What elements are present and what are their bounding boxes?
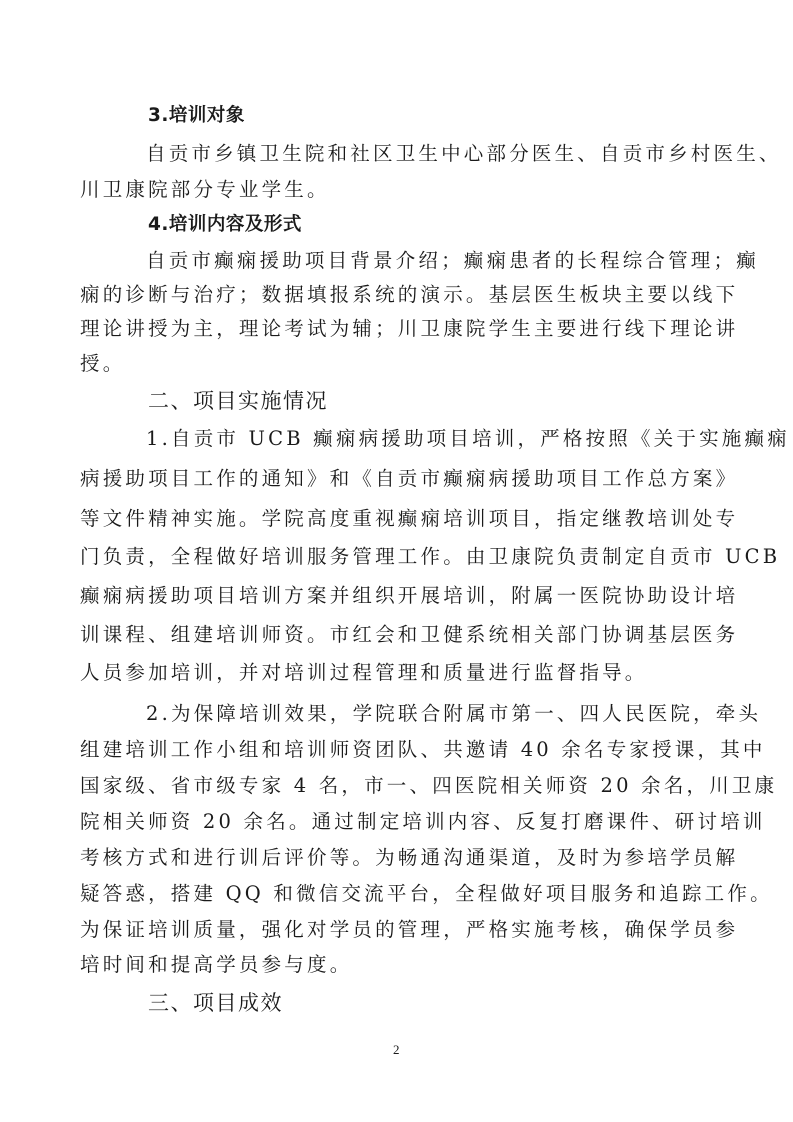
section-heading-training-targets: 3.培训对象	[148, 104, 245, 128]
paragraph-line: 人员参加培训，并对培训过程管理和质量进行监督指导。	[80, 661, 648, 685]
paragraph-line: 疑答惑，搭建 QQ 和微信交流平台，全程做好项目服务和追踪工作。	[80, 882, 773, 906]
paragraph-line: 门负责，全程做好培训服务管理工作。由卫康院负责制定自贡市 UCB	[80, 545, 780, 569]
paragraph-line: 2.为保障培训效果，学院联合附属市第一、四人民医院，牵头	[146, 702, 761, 726]
paragraph-line: 1.自贡市 UCB 癫痫病援助项目培训，严格按照《关于实施癫痫	[146, 427, 790, 451]
paragraph-line: 训课程、组建培训师资。市红会和卫健系统相关部门协调基层医务	[80, 623, 738, 647]
chapter-heading-results: 三、项目成效	[148, 990, 283, 1016]
paragraph-line: 授。	[80, 352, 125, 376]
paragraph-line: 理论讲授为主，理论考试为辅；川卫康院学生主要进行线下理论讲	[80, 317, 738, 341]
paragraph-line: 为保证培训质量，强化对学员的管理，严格实施考核，确保学员参	[80, 918, 738, 942]
paragraph-line: 组建培训工作小组和培训师资团队、共邀请 40 余名专家授课，其中	[80, 738, 766, 762]
paragraph-line: 等文件精神实施。学院高度重视癫痫培训项目，指定继教培训处专	[80, 507, 738, 531]
paragraph-line: 自贡市乡镇卫生院和社区卫生中心部分医生、自贡市乡村医生、	[146, 142, 782, 166]
paragraph-line: 川卫康院部分专业学生。	[80, 178, 330, 202]
chapter-heading-implementation: 二、项目实施情况	[148, 388, 328, 414]
paragraph-line: 院相关师资 20 余名。通过制定培训内容、反复打磨课件、研讨培训	[80, 810, 766, 834]
paragraph-line: 痫的诊断与治疗；数据填报系统的演示。基层医生板块主要以线下	[80, 283, 738, 307]
paragraph-line: 病援助项目工作的通知》和《自贡市癫痫病援助项目工作总方案》	[80, 467, 738, 491]
paragraph-line: 国家级、省市级专家 4 名，市一、四医院相关师资 20 余名，川卫康	[80, 774, 777, 798]
paragraph-line: 癫痫病援助项目培训方案并组织开展培训，附属一医院协助设计培	[80, 584, 738, 608]
paragraph-line: 自贡市癫痫援助项目背景介绍；癫痫患者的长程综合管理；癫	[146, 249, 759, 273]
paragraph-line: 考核方式和进行训后评价等。为畅通沟通渠道，及时为参培学员解	[80, 846, 738, 870]
page-number: 2	[393, 1042, 400, 1058]
section-heading-training-content: 4.培训内容及形式	[148, 213, 302, 237]
paragraph-line: 培时间和提高学员参与度。	[80, 953, 352, 977]
